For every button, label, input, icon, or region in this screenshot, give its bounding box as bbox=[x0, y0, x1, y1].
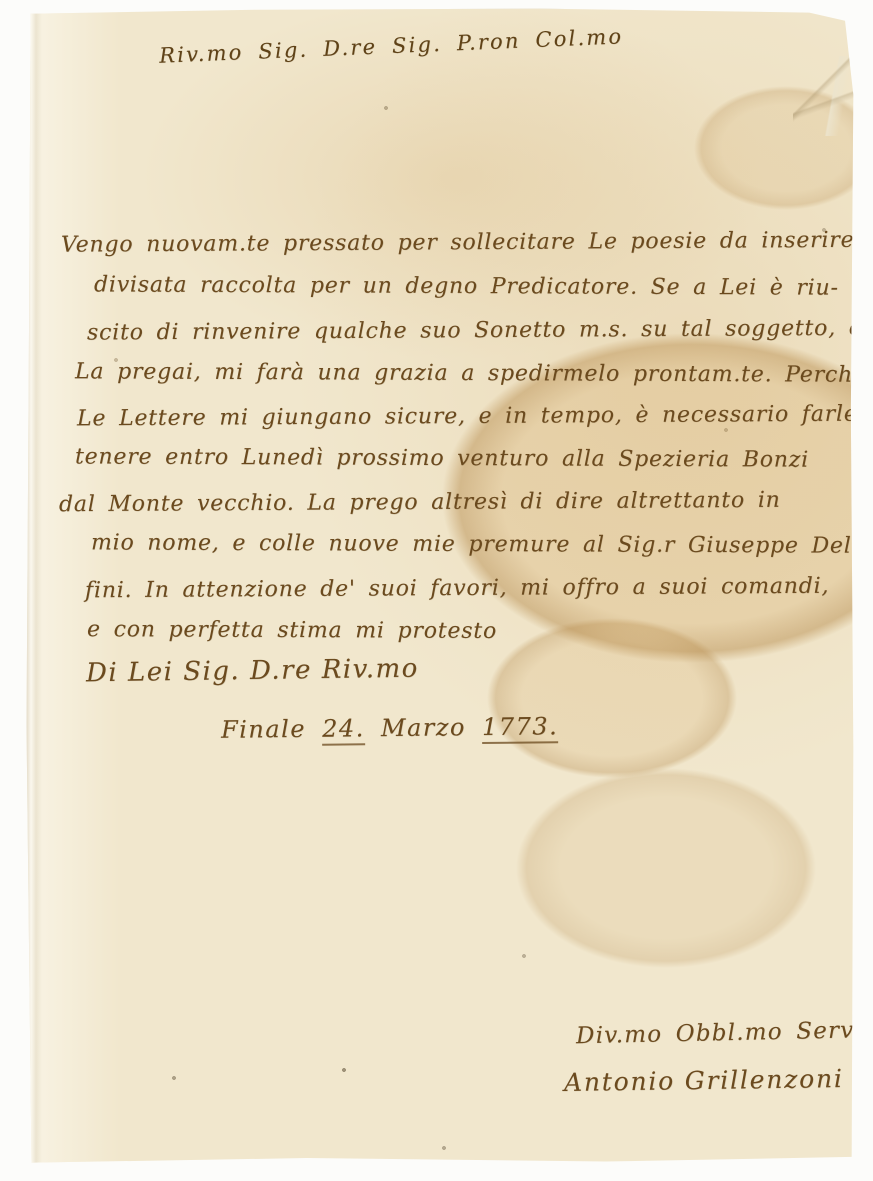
body-line: scito di rinvenire qualche suo Sonetto m… bbox=[87, 315, 873, 345]
letter-paper: Riv.mo Sig. D.re Sig. P.ron Col.mo Vengo… bbox=[24, 8, 855, 1165]
dateline-day: 24. bbox=[322, 714, 365, 745]
paper-fold-left-edge bbox=[24, 8, 42, 1165]
body-line: tenere entro Lunedì prossimo venturo all… bbox=[75, 444, 809, 472]
scanner-background: Riv.mo Sig. D.re Sig. P.ron Col.mo Vengo… bbox=[0, 0, 873, 1181]
crumpled-corner-top-right bbox=[793, 56, 855, 136]
body-line: Vengo nuovam.te pressato per sollecitare… bbox=[61, 227, 873, 257]
dateline-month: Marzo bbox=[381, 713, 466, 742]
signature-valediction: Div.mo Obbl.mo Serv.re bbox=[576, 1017, 873, 1050]
closing-formula: Di Lei Sig. D.re Riv.mo bbox=[86, 654, 419, 689]
dateline-year: 1773. bbox=[482, 712, 559, 744]
body-line: mio nome, e colle nuove mie premure al S… bbox=[91, 530, 860, 558]
body-line: divisata raccolta per un degno Predicato… bbox=[94, 272, 839, 300]
dateline-place: Finale bbox=[221, 715, 306, 744]
dateline: Finale 24. Marzo 1773. bbox=[221, 712, 559, 744]
salutation-line: Riv.mo Sig. D.re Sig. P.ron Col.mo bbox=[159, 24, 624, 67]
body-line: La pregai, mi farà una grazia a spedirme… bbox=[75, 359, 867, 387]
signature-name: Antonio Grillenzoni bbox=[564, 1064, 844, 1097]
body-line: e con perfetta stima mi protesto bbox=[87, 617, 497, 644]
body-line: dal Monte vecchio. La prego altresì di d… bbox=[59, 488, 781, 517]
body-line: fini. In attenzione de' suoi favori, mi … bbox=[85, 574, 829, 604]
body-line: Le Lettere mi giungano sicure, e in temp… bbox=[77, 402, 858, 432]
